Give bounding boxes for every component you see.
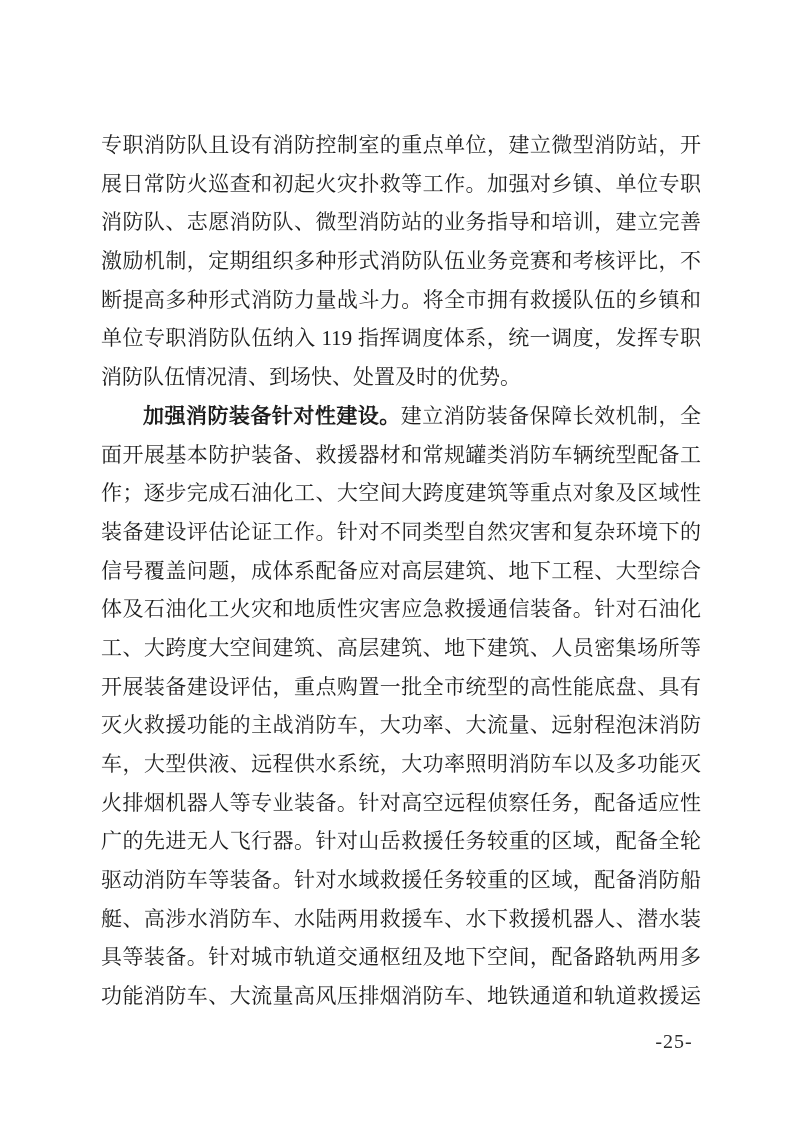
text-line: 加强消防装备针对性建设。建立消防装备保障长效机制，全	[101, 397, 701, 436]
text-line: 装备建设评估论证工作。针对不同类型自然灾害和复杂环境下的	[101, 513, 701, 552]
text-line: 具等装备。针对城市轨道交通枢纽及地下空间，配备路轨两用多	[101, 938, 701, 977]
text-line: 作；逐步完成石油化工、大空间大跨度建筑等重点对象及区域性	[101, 474, 701, 513]
line-text: 建立消防装备保障长效机制，全	[401, 404, 701, 428]
text-line: 开展装备建设评估，重点购置一批全市统型的高性能底盘、具有	[101, 668, 701, 707]
text-line: 单位专职消防队伍纳入 119 指挥调度体系，统一调度，发挥专职	[101, 319, 701, 358]
text-line: 车，大型供液、远程供水系统，大功率照明消防车以及多功能灭	[101, 745, 701, 784]
text-line: 消防队、志愿消防队、微型消防站的业务指导和培训，建立完善	[101, 203, 701, 242]
text-line: 工、大跨度大空间建筑、高层建筑、地下建筑、人员密集场所等	[101, 629, 701, 668]
text-line: 展日常防火巡查和初起火灾扑救等工作。加强对乡镇、单位专职	[101, 165, 701, 204]
text-line: 面开展基本防护装备、救援器材和常规罐类消防车辆统型配备工	[101, 436, 701, 475]
text-line: 火排烟机器人等专业装备。针对高空远程侦察任务，配备适应性	[101, 784, 701, 823]
page-number: -25-	[638, 1031, 710, 1054]
text-line: 艇、高涉水消防车、水陆两用救援车、水下救援机器人、潜水装	[101, 900, 701, 939]
paragraph-bold-lead: 加强消防装备针对性建设。	[143, 404, 401, 428]
text-line: 灭火救援功能的主战消防车，大功率、大流量、远射程泡沫消防	[101, 706, 701, 745]
text-line: 消防队伍情况清、到场快、处置及时的优势。	[101, 358, 701, 397]
text-line: 驱动消防车等装备。针对水域救援任务较重的区域，配备消防船	[101, 861, 701, 900]
paragraph-continuation: 专职消防队且设有消防控制室的重点单位，建立微型消防站，开 展日常防火巡查和初起火…	[101, 126, 701, 397]
body-text-block: 专职消防队且设有消防控制室的重点单位，建立微型消防站，开 展日常防火巡查和初起火…	[101, 126, 701, 1016]
text-line: 断提高多种形式消防力量战斗力。将全市拥有救援队伍的乡镇和	[101, 281, 701, 320]
text-line: 功能消防车、大流量高风压排烟消防车、地铁通道和轨道救援运	[101, 977, 701, 1016]
text-line: 专职消防队且设有消防控制室的重点单位，建立微型消防站，开	[101, 126, 701, 165]
text-line: 体及石油化工火灾和地质性灾害应急救援通信装备。针对石油化	[101, 590, 701, 629]
text-line: 广的先进无人飞行器。针对山岳救援任务较重的区域，配备全轮	[101, 822, 701, 861]
text-line: 信号覆盖问题，成体系配备应对高层建筑、地下工程、大型综合	[101, 552, 701, 591]
text-line: 激励机制，定期组织多种形式消防队伍业务竞赛和考核评比，不	[101, 242, 701, 281]
document-page: 专职消防队且设有消防控制室的重点单位，建立微型消防站，开 展日常防火巡查和初起火…	[0, 0, 793, 1122]
paragraph-equipment-construction: 加强消防装备针对性建设。建立消防装备保障长效机制，全 面开展基本防护装备、救援器…	[101, 397, 701, 1016]
